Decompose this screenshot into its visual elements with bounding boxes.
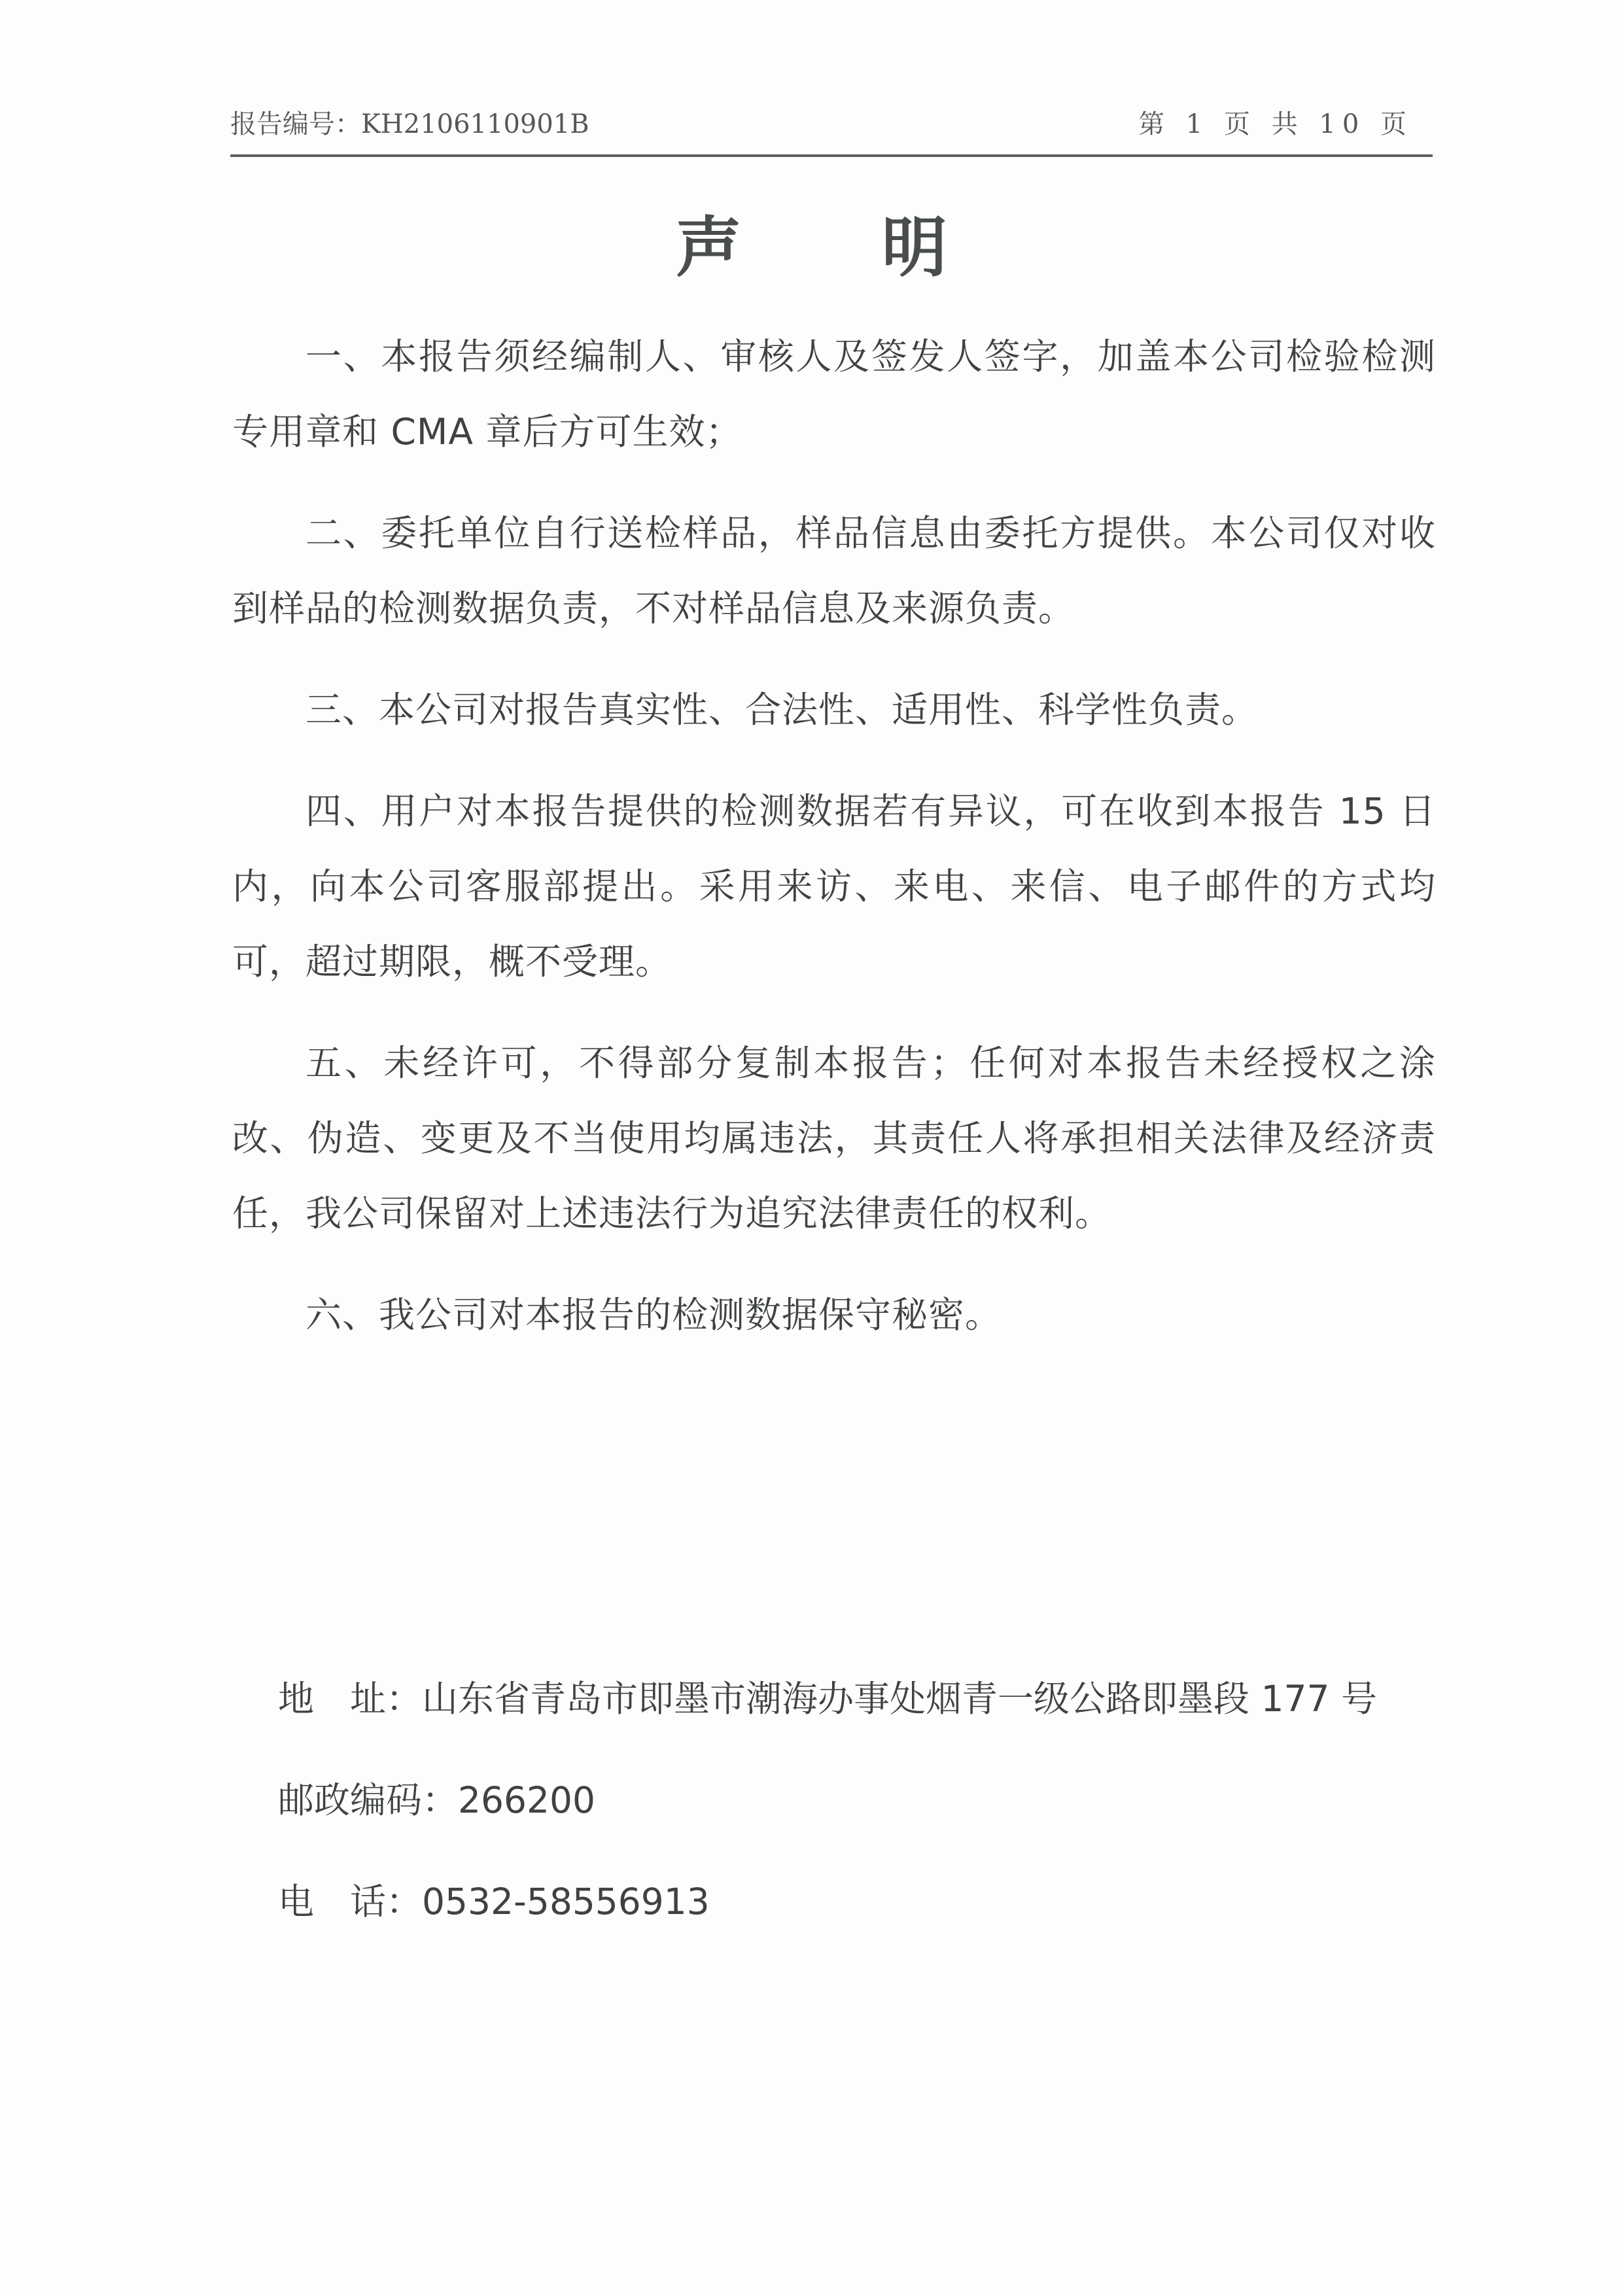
address-row: 地 址：山东省青岛市即墨市潮海办事处烟青一级公路即墨段 177 号 (278, 1675, 1456, 1776)
phone-row: 电 话：0532-58556913 (278, 1877, 1456, 1979)
declaration-body: 一、本报告须经编制人、审核人及签发人签字，加盖本公司检验检测专用章和 CMA 章… (232, 319, 1436, 1379)
report-number: 报告编号：KH2106110901B (230, 105, 589, 144)
declaration-clause-2: 二、委托单位自行送检样品，样品信息由委托方提供。本公司仅对收到样品的检测数据负责… (232, 496, 1436, 646)
declaration-clause-3: 三、本公司对报告真实性、合法性、适用性、科学性负责。 (232, 672, 1436, 748)
postcode-label: 邮政编码： (278, 1776, 458, 1825)
contact-info: 地 址：山东省青岛市即墨市潮海办事处烟青一级公路即墨段 177 号 邮政编码：2… (278, 1675, 1456, 1979)
phone-label: 电 话： (278, 1877, 422, 1926)
page-header: 报告编号：KH2106110901B 第 1 页 共 10 页 (230, 105, 1433, 144)
address-value: 山东省青岛市即墨市潮海办事处烟青一级公路即墨段 177 号 (422, 1675, 1377, 1724)
phone-value: 0532-58556913 (422, 1877, 710, 1926)
postcode-row: 邮政编码：266200 (278, 1776, 1456, 1877)
page-indicator: 第 1 页 共 10 页 (1138, 105, 1413, 144)
declaration-clause-4: 四、用户对本报告提供的检测数据若有异议，可在收到本报告 15 日内，向本公司客服… (232, 774, 1436, 1000)
declaration-clause-5: 五、未经许可，不得部分复制本报告；任何对本报告未经授权之涂改、伪造、变更及不当使… (232, 1026, 1436, 1251)
document-page: 报告编号：KH2106110901B 第 1 页 共 10 页 声 明 一、本报… (0, 0, 1623, 2296)
declaration-clause-6: 六、我公司对本报告的检测数据保守秘密。 (232, 1278, 1436, 1353)
declaration-clause-1: 一、本报告须经编制人、审核人及签发人签字，加盖本公司检验检测专用章和 CMA 章… (232, 319, 1436, 470)
postcode-value: 266200 (458, 1776, 595, 1825)
header-divider (230, 154, 1433, 157)
address-label: 地 址： (278, 1675, 422, 1724)
page-title: 声 明 (0, 208, 1623, 287)
